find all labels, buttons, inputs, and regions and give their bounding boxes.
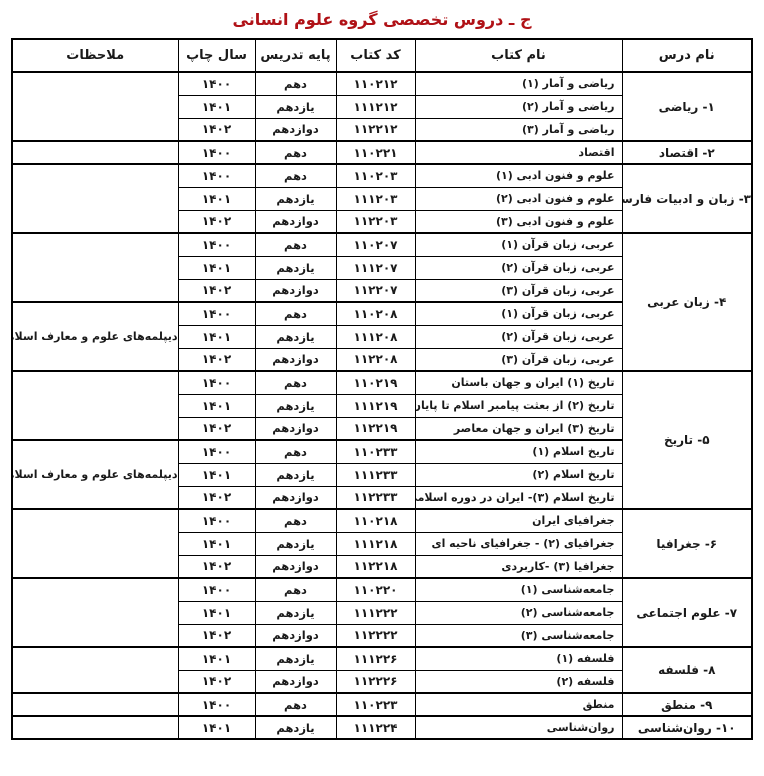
- book-name-cell: عربی، زبان قرآن (۲): [415, 325, 622, 348]
- course-name-cell: ۴- زبان عربی: [622, 233, 752, 371]
- book-name-cell: علوم و فنون ادبی (۱): [415, 164, 622, 187]
- book-code-cell: ۱۱۰۲۲۱: [336, 141, 415, 164]
- table-header-row: نام درس نام کتاب کد کتاب پایه تدریس سال …: [12, 39, 752, 72]
- book-name-cell: فلسفه (۱): [415, 647, 622, 670]
- teaching-grade-cell: دهم: [255, 164, 336, 187]
- notes-cell: [12, 233, 178, 302]
- teaching-grade-cell: دوازدهم: [255, 670, 336, 693]
- book-name-cell: تاریخ (۳) ایران و جهان معاصر: [415, 417, 622, 440]
- book-code-cell: ۱۱۱۲۰۸: [336, 325, 415, 348]
- book-code-cell: ۱۱۰۲۱۲: [336, 72, 415, 95]
- course-name-cell: ۱۰- روان‌شناسی: [622, 716, 752, 739]
- publication-year-cell: ۱۴۰۲: [178, 486, 255, 509]
- teaching-grade-cell: دوازدهم: [255, 348, 336, 371]
- teaching-grade-cell: دوازدهم: [255, 417, 336, 440]
- table-row: ۲- اقتصاداقتصاد۱۱۰۲۲۱دهم۱۴۰۰: [12, 141, 752, 164]
- publication-year-cell: ۱۴۰۰: [178, 509, 255, 532]
- header-book-name: نام کتاب: [415, 39, 622, 72]
- course-name-cell: ۸- فلسفه: [622, 647, 752, 693]
- book-code-cell: ۱۱۱۲۱۸: [336, 532, 415, 555]
- publication-year-cell: ۱۴۰۱: [178, 647, 255, 670]
- table-body: ۱- ریاضیریاضی و آمار (۱)۱۱۰۲۱۲دهم۱۴۰۰ ری…: [12, 72, 752, 739]
- publication-year-cell: ۱۴۰۰: [178, 693, 255, 716]
- publication-year-cell: ۱۴۰۱: [178, 463, 255, 486]
- book-code-cell: ۱۱۰۲۳۳: [336, 440, 415, 463]
- notes-cell: دیپلمه‌های علوم و معارف اسلامی: [12, 440, 178, 509]
- publication-year-cell: ۱۴۰۲: [178, 670, 255, 693]
- notes-cell: دیپلمه‌های علوم و معارف اسلامی: [12, 302, 178, 371]
- course-name-cell: ۳- زبان و ادبیات فارسی: [622, 164, 752, 233]
- publication-year-cell: ۱۴۰۱: [178, 532, 255, 555]
- notes-cell: [12, 693, 178, 716]
- table-row: ۹- منطقمنطق۱۱۰۲۲۳دهم۱۴۰۰: [12, 693, 752, 716]
- course-name-cell: ۲- اقتصاد: [622, 141, 752, 164]
- teaching-grade-cell: دهم: [255, 578, 336, 601]
- table-row: ۴- زبان عربیعربی، زبان قرآن (۱)۱۱۰۲۰۷دهم…: [12, 233, 752, 256]
- book-name-cell: تاریخ (۱) ایران و جهان باستان: [415, 371, 622, 394]
- book-code-cell: ۱۱۲۲۱۲: [336, 118, 415, 141]
- publication-year-cell: ۱۴۰۲: [178, 417, 255, 440]
- book-code-cell: ۱۱۰۲۱۸: [336, 509, 415, 532]
- table-row: ۱۰- روان‌شناسیروان‌شناسی۱۱۱۲۲۴یازدهم۱۴۰۱: [12, 716, 752, 739]
- book-name-cell: جامعه‌شناسی (۳): [415, 624, 622, 647]
- table-row: ۶- جغرافیاجغرافیای ایران۱۱۰۲۱۸دهم۱۴۰۰: [12, 509, 752, 532]
- book-name-cell: ریاضی و آمار (۳): [415, 118, 622, 141]
- publication-year-cell: ۱۴۰۰: [178, 164, 255, 187]
- publication-year-cell: ۱۴۰۲: [178, 348, 255, 371]
- teaching-grade-cell: دهم: [255, 141, 336, 164]
- publication-year-cell: ۱۴۰۱: [178, 187, 255, 210]
- book-name-cell: ریاضی و آمار (۱): [415, 72, 622, 95]
- notes-cell: [12, 647, 178, 693]
- book-name-cell: جامعه‌شناسی (۲): [415, 601, 622, 624]
- notes-cell: [12, 141, 178, 164]
- teaching-grade-cell: یازدهم: [255, 95, 336, 118]
- book-code-cell: ۱۱۰۲۲۳: [336, 693, 415, 716]
- table-row: ۷- علوم اجتماعیجامعه‌شناسی (۱)۱۱۰۲۲۰دهم۱…: [12, 578, 752, 601]
- course-name-cell: ۷- علوم اجتماعی: [622, 578, 752, 647]
- notes-cell: [12, 509, 178, 578]
- publication-year-cell: ۱۴۰۰: [178, 233, 255, 256]
- publication-year-cell: ۱۴۰۲: [178, 624, 255, 647]
- book-code-cell: ۱۱۱۲۲۲: [336, 601, 415, 624]
- publication-year-cell: ۱۴۰۲: [178, 118, 255, 141]
- publication-year-cell: ۱۴۰۱: [178, 95, 255, 118]
- header-course-name: نام درس: [622, 39, 752, 72]
- book-name-cell: عربی، زبان قرآن (۳): [415, 279, 622, 302]
- publication-year-cell: ۱۴۰۰: [178, 578, 255, 601]
- publication-year-cell: ۱۴۰۱: [178, 325, 255, 348]
- book-code-cell: ۱۱۰۲۰۳: [336, 164, 415, 187]
- book-name-cell: جغرافیای (۲) - جغرافیای ناحیه ای: [415, 532, 622, 555]
- teaching-grade-cell: یازدهم: [255, 601, 336, 624]
- publication-year-cell: ۱۴۰۱: [178, 394, 255, 417]
- book-name-cell: عربی، زبان قرآن (۲): [415, 256, 622, 279]
- course-name-cell: ۹- منطق: [622, 693, 752, 716]
- book-name-cell: تاریخ اسلام (۲): [415, 463, 622, 486]
- book-name-cell: علوم و فنون ادبی (۲): [415, 187, 622, 210]
- notes-cell: [12, 371, 178, 440]
- book-code-cell: ۱۱۰۲۲۰: [336, 578, 415, 601]
- book-code-cell: ۱۱۲۲۰۳: [336, 210, 415, 233]
- teaching-grade-cell: دهم: [255, 72, 336, 95]
- book-name-cell: تاریخ اسلام (۱): [415, 440, 622, 463]
- publication-year-cell: ۱۴۰۰: [178, 302, 255, 325]
- book-code-cell: ۱۱۲۲۱۸: [336, 555, 415, 578]
- teaching-grade-cell: یازدهم: [255, 325, 336, 348]
- book-code-cell: ۱۱۱۲۲۴: [336, 716, 415, 739]
- teaching-grade-cell: یازدهم: [255, 532, 336, 555]
- teaching-grade-cell: یازدهم: [255, 394, 336, 417]
- teaching-grade-cell: دوازدهم: [255, 210, 336, 233]
- teaching-grade-cell: دوازدهم: [255, 555, 336, 578]
- book-name-cell: عربی، زبان قرآن (۳): [415, 348, 622, 371]
- teaching-grade-cell: دهم: [255, 302, 336, 325]
- header-notes: ملاحظات: [12, 39, 178, 72]
- book-name-cell: روان‌شناسی: [415, 716, 622, 739]
- book-name-cell: عربی، زبان قرآن (۱): [415, 302, 622, 325]
- book-name-cell: فلسفه (۲): [415, 670, 622, 693]
- book-code-cell: ۱۱۱۲۲۶: [336, 647, 415, 670]
- book-code-cell: ۱۱۲۲۰۷: [336, 279, 415, 302]
- publication-year-cell: ۱۴۰۰: [178, 72, 255, 95]
- teaching-grade-cell: دوازدهم: [255, 279, 336, 302]
- table-row: ۱- ریاضیریاضی و آمار (۱)۱۱۰۲۱۲دهم۱۴۰۰: [12, 72, 752, 95]
- course-name-cell: ۶- جغرافیا: [622, 509, 752, 578]
- book-name-cell: منطق: [415, 693, 622, 716]
- teaching-grade-cell: دوازدهم: [255, 486, 336, 509]
- book-code-cell: ۱۱۱۲۱۹: [336, 394, 415, 417]
- course-books-table: نام درس نام کتاب کد کتاب پایه تدریس سال …: [11, 38, 753, 740]
- publication-year-cell: ۱۴۰۱: [178, 601, 255, 624]
- notes-cell: [12, 716, 178, 739]
- teaching-grade-cell: دهم: [255, 509, 336, 532]
- teaching-grade-cell: دهم: [255, 440, 336, 463]
- book-code-cell: ۱۱۱۲۱۲: [336, 95, 415, 118]
- publication-year-cell: ۱۴۰۱: [178, 716, 255, 739]
- book-code-cell: ۱۱۰۲۱۹: [336, 371, 415, 394]
- header-teaching-grade: پایه تدریس: [255, 39, 336, 72]
- publication-year-cell: ۱۴۰۲: [178, 555, 255, 578]
- teaching-grade-cell: یازدهم: [255, 187, 336, 210]
- book-code-cell: ۱۱۱۲۳۳: [336, 463, 415, 486]
- book-name-cell: علوم و فنون ادبی (۳): [415, 210, 622, 233]
- book-name-cell: اقتصاد: [415, 141, 622, 164]
- teaching-grade-cell: دوازدهم: [255, 624, 336, 647]
- book-code-cell: ۱۱۲۲۰۸: [336, 348, 415, 371]
- page-title: ج ـ دروس تخصصی گروه علوم انسانی: [0, 0, 764, 29]
- book-name-cell: جغرافیای ایران: [415, 509, 622, 532]
- course-name-cell: ۱- ریاضی: [622, 72, 752, 141]
- publication-year-cell: ۱۴۰۰: [178, 440, 255, 463]
- publication-year-cell: ۱۴۰۲: [178, 210, 255, 233]
- publication-year-cell: ۱۴۰۱: [178, 256, 255, 279]
- book-code-cell: ۱۱۲۲۲۲: [336, 624, 415, 647]
- book-name-cell: تاریخ (۲) از بعثت پیامبر اسلام تا پایان …: [415, 394, 622, 417]
- book-code-cell: ۱۱۰۲۰۸: [336, 302, 415, 325]
- teaching-grade-cell: دهم: [255, 371, 336, 394]
- book-name-cell: عربی، زبان قرآن (۱): [415, 233, 622, 256]
- header-publication-year: سال چاپ: [178, 39, 255, 72]
- book-name-cell: جغرافیا (۳) -کاربردی: [415, 555, 622, 578]
- book-name-cell: تاریخ اسلام (۳)- ایران در دوره اسلامی: [415, 486, 622, 509]
- teaching-grade-cell: یازدهم: [255, 647, 336, 670]
- table-row: ۸- فلسفهفلسفه (۱)۱۱۱۲۲۶یازدهم۱۴۰۱: [12, 647, 752, 670]
- header-book-code: کد کتاب: [336, 39, 415, 72]
- publication-year-cell: ۱۴۰۲: [178, 279, 255, 302]
- book-code-cell: ۱۱۱۲۰۷: [336, 256, 415, 279]
- book-code-cell: ۱۱۲۲۳۳: [336, 486, 415, 509]
- notes-cell: [12, 164, 178, 233]
- teaching-grade-cell: یازدهم: [255, 463, 336, 486]
- book-name-cell: ریاضی و آمار (۲): [415, 95, 622, 118]
- course-name-cell: ۵- تاریخ: [622, 371, 752, 509]
- book-code-cell: ۱۱۰۲۰۷: [336, 233, 415, 256]
- publication-year-cell: ۱۴۰۰: [178, 371, 255, 394]
- teaching-grade-cell: دهم: [255, 693, 336, 716]
- book-name-cell: جامعه‌شناسی (۱): [415, 578, 622, 601]
- teaching-grade-cell: یازدهم: [255, 256, 336, 279]
- table-row: ۵- تاریختاریخ (۱) ایران و جهان باستان۱۱۰…: [12, 371, 752, 394]
- book-code-cell: ۱۱۱۲۰۳: [336, 187, 415, 210]
- teaching-grade-cell: دوازدهم: [255, 118, 336, 141]
- table-row: ۳- زبان و ادبیات فارسیعلوم و فنون ادبی (…: [12, 164, 752, 187]
- notes-cell: [12, 578, 178, 647]
- document-page: ج ـ دروس تخصصی گروه علوم انسانی نام درس …: [0, 0, 764, 776]
- teaching-grade-cell: یازدهم: [255, 716, 336, 739]
- book-code-cell: ۱۱۲۲۲۶: [336, 670, 415, 693]
- teaching-grade-cell: دهم: [255, 233, 336, 256]
- publication-year-cell: ۱۴۰۰: [178, 141, 255, 164]
- notes-cell: [12, 72, 178, 141]
- book-code-cell: ۱۱۲۲۱۹: [336, 417, 415, 440]
